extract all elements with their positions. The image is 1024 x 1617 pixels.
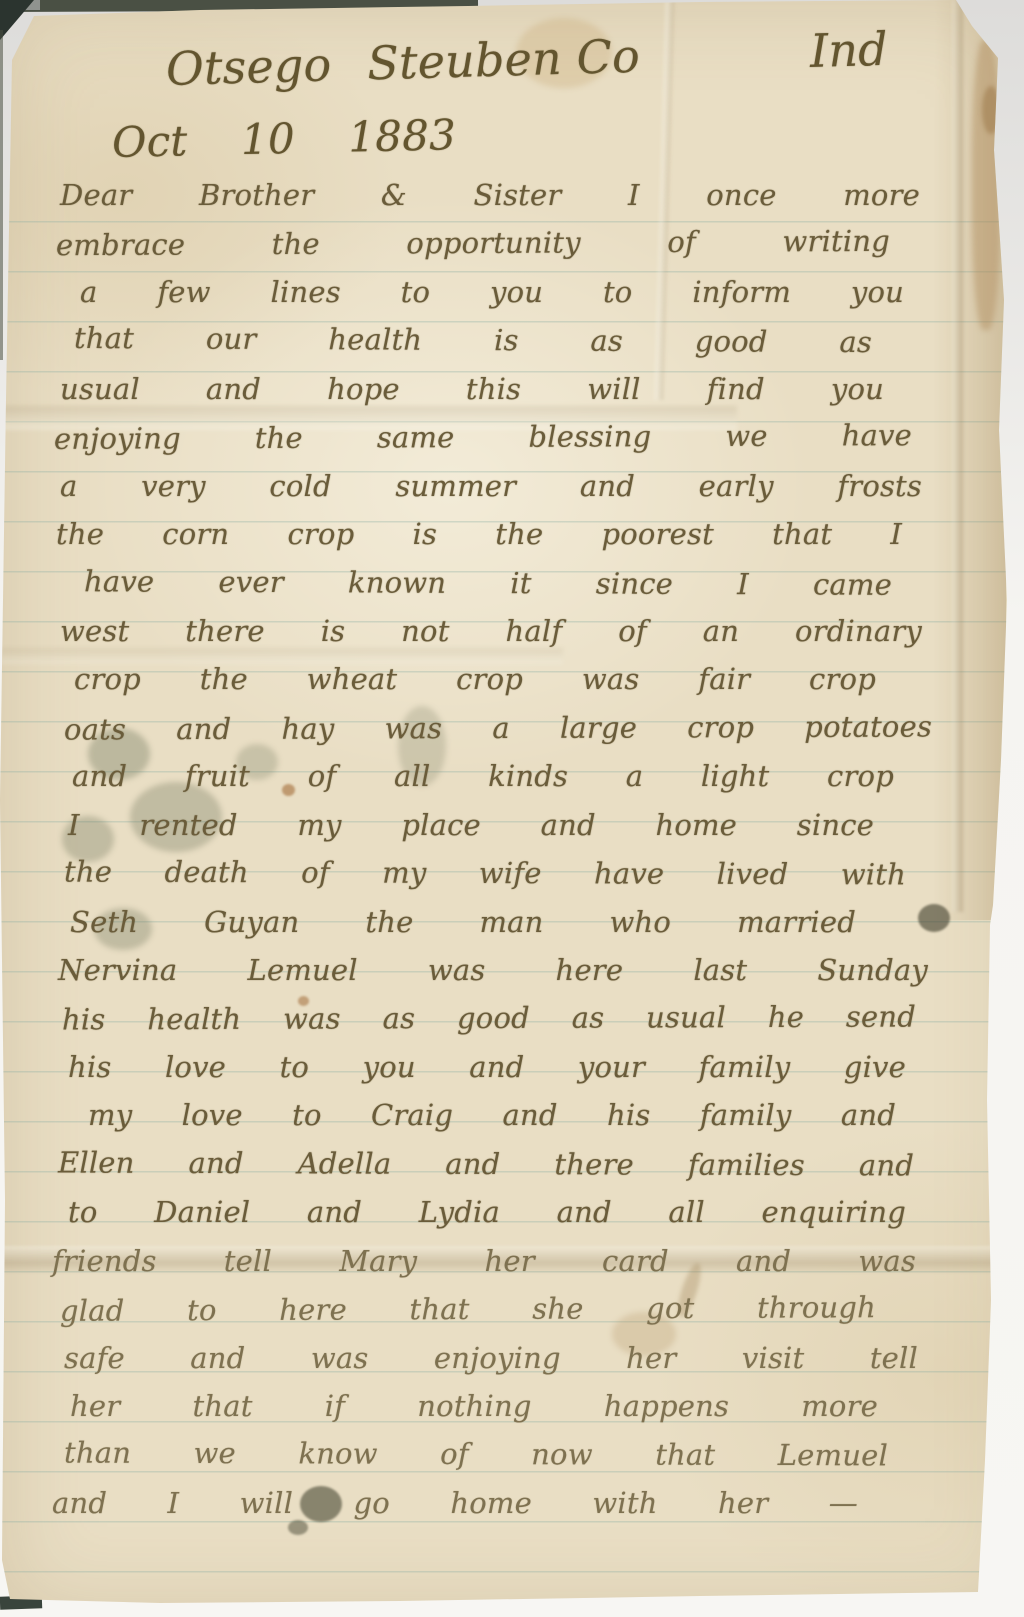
letter-line: usual and hope this will find you: [60, 365, 884, 413]
letter-line: glad to here that she got through: [60, 1283, 876, 1335]
letter-line: embrace the opportunity of writing: [56, 217, 890, 270]
letter-line: than we know of now that Lemuel: [64, 1429, 888, 1480]
letter-line: I rented my place and home since: [68, 801, 874, 849]
letter-line: a very cold summer and early frosts: [60, 462, 922, 510]
letter-line: his love to you and your family give: [68, 1043, 906, 1091]
letter-header-place-line: Otsego Steuben Co Ind: [165, 22, 888, 96]
letter-paper: Otsego Steuben Co Ind Oct 10 1883 Dear B…: [0, 0, 1024, 1617]
letter-line: enjoying the same blessing we have: [54, 411, 912, 463]
letter-line: safe and was enjoying her visit tell: [64, 1334, 918, 1382]
letter-line: Dear Brother & Sister I once more: [60, 171, 920, 219]
letter-line: Seth Guyan the man who married: [70, 898, 856, 946]
scanner-edge-left: [0, 30, 3, 360]
letter-line: my love to Craig and his family and: [88, 1091, 896, 1139]
letter-line: have ever known it since I came: [84, 557, 892, 609]
letter-line: her that if nothing happens more: [70, 1382, 878, 1430]
header-county: Steuben Co: [367, 29, 641, 91]
letter-line: to Daniel and Lydia and all enquiring: [68, 1188, 906, 1236]
letter-line: friends tell Mary her card and was: [52, 1237, 916, 1285]
letter-body: Dear Brother & Sister I once more embrac…: [52, 171, 934, 1527]
header-date: Oct 10 1883: [111, 110, 456, 167]
letter-line: crop the wheat crop was fair crop: [74, 655, 876, 703]
letter-line: and fruit of all kinds a light crop: [72, 752, 894, 800]
letter-line: Nervina Lemuel was here last Sunday: [58, 946, 928, 994]
letter-line: his health was as good as usual he send: [62, 993, 916, 1044]
letter-line: the corn crop is the poorest that I: [56, 510, 902, 558]
letter-line: a few lines to you to inform you: [80, 268, 904, 316]
stain-right-fold: [972, 40, 1000, 330]
header-state: Ind: [809, 22, 888, 78]
letter-line: the death of my wife have lived with: [64, 848, 906, 899]
letter-line: that our health is as good as: [74, 314, 872, 367]
letter-line: Ellen and Adella and there families and: [58, 1138, 914, 1189]
stain-right-fold-dark: [982, 86, 1000, 134]
letter-line: oats and hay was a large crop potatoes: [64, 702, 932, 753]
letter-line: and I will go home with her —: [52, 1479, 858, 1527]
letter-line: west there is not half of an ordinary: [60, 607, 922, 655]
header-place: Otsego: [165, 37, 332, 96]
